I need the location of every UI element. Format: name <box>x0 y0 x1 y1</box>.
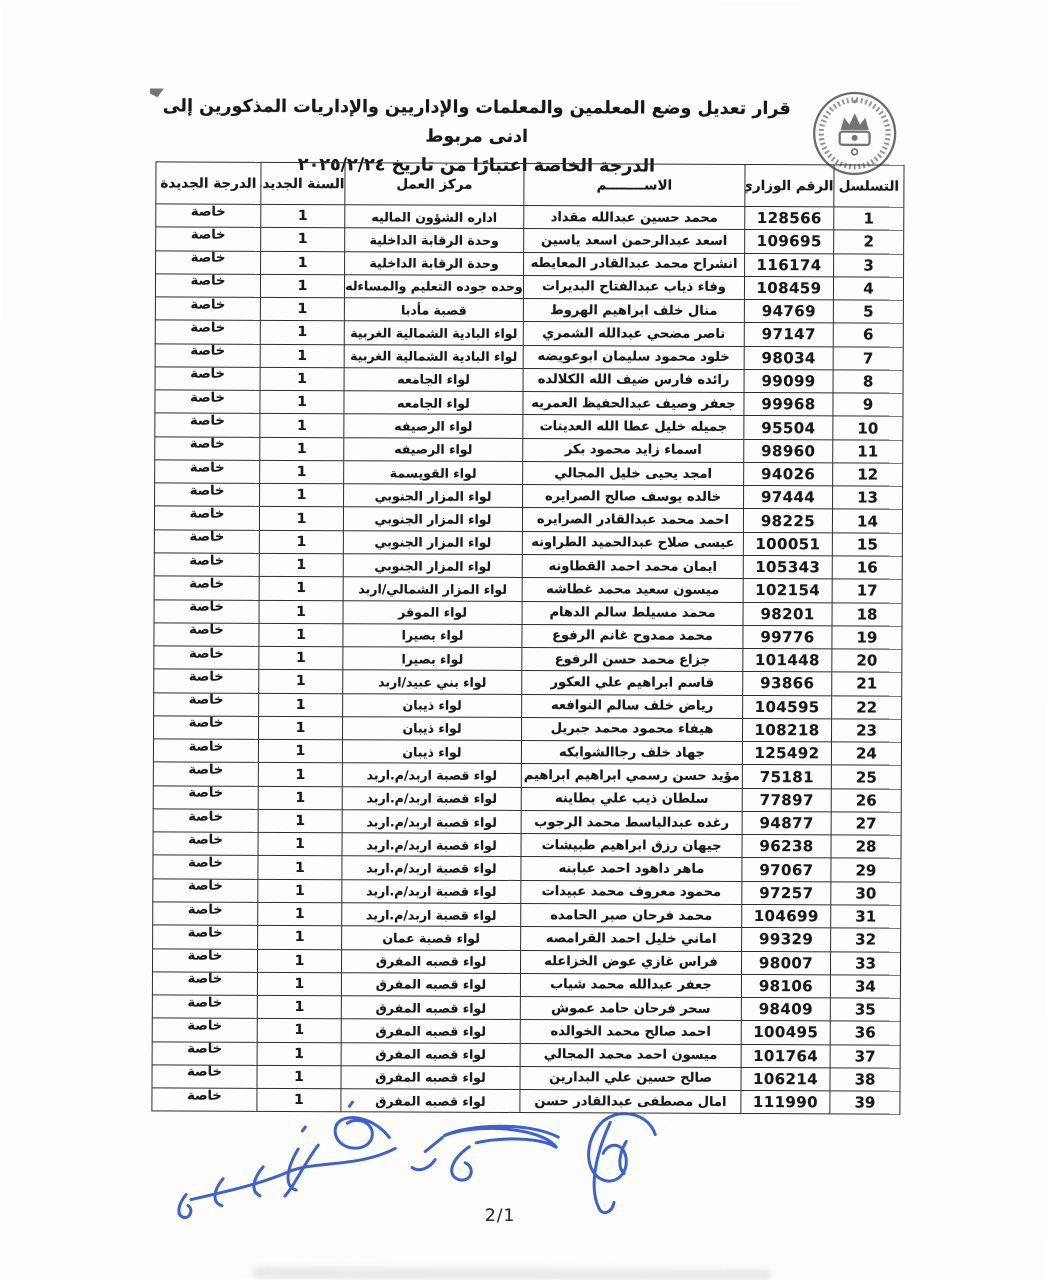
scan-smudge <box>252 1267 772 1280</box>
page-number: 2/1 <box>485 1206 515 1226</box>
handwritten-signatures <box>0 0 1048 1280</box>
scanned-document-sheet: قرار تعديل وضع المعلمين والمعلمات والإدا… <box>0 0 1048 1280</box>
